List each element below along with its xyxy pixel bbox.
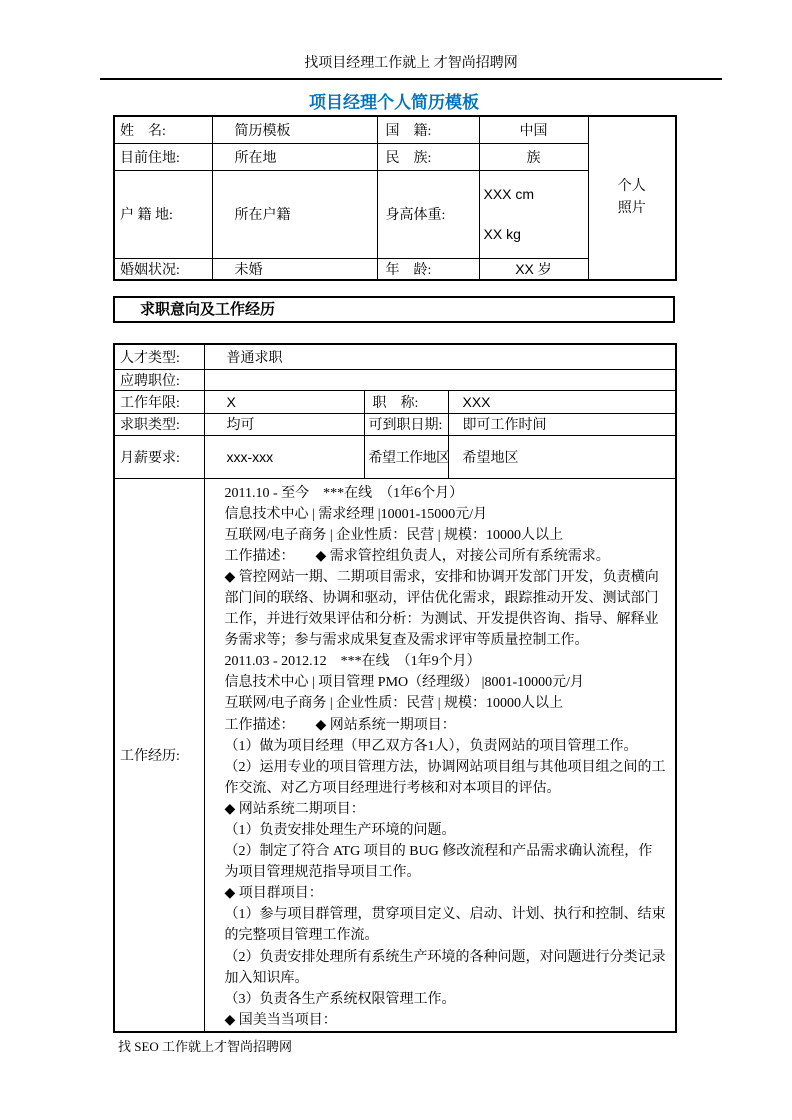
apply-position-value [204,369,676,390]
marital-status-label: 婚姻状况: [114,258,212,280]
header-slogan: 找项目经理工作就上 才智尚招聘网 [100,52,722,80]
nationality-value: 中国 [479,116,588,143]
table-row: 工作经历: 2011.10 - 至今 ***在线 （1年6个月）信息技术中心 |… [114,478,676,1032]
experience-content: 2011.10 - 至今 ***在线 （1年6个月）信息技术中心 | 需求经理 … [204,478,676,1032]
section-title: 求职意向及工作经历 [140,302,275,318]
salary-value: xxx-xxx [204,435,364,478]
experience-line: （1）做为项目经理（甲乙双方各1人），负责网站的项目管理工作。 [225,736,674,757]
experience-line: 作交流、对乙方项目经理进行考核和对本项目的评估。 [225,778,674,799]
experience-line: 2011.10 - 至今 ***在线 （1年6个月） [225,483,674,504]
table-row: 姓 名: 简历模板 国 籍: 中国 个人 照片 [114,116,676,143]
photo-placeholder: 个人 照片 [588,116,676,280]
personal-info-table: 姓 名: 简历模板 国 籍: 中国 个人 照片 目前住地: 所在地 民 族: 族… [113,115,677,281]
height-weight-value: XXX cm XX kg [479,170,588,258]
available-date-label: 可到职日期: [364,413,448,435]
experience-line: 工作描述： ◆ 网站系统一期项目： [225,715,674,736]
experience-line: ◆ 项目群项目： [225,883,674,904]
experience-line: 互联网/电子商务 | 企业性质：民营 | 规模：10000人以上 [225,693,674,714]
registration-label: 户 籍 地: [114,170,212,258]
registration-value: 所在户籍 [212,170,377,258]
experience-line: （3）负责各生产系统权限管理工作。 [225,989,674,1010]
desired-region-label: 希望工作地区: [364,435,448,478]
experience-line: 务需求等；参与需求成果复查及需求评审等质量控制工作。 [225,630,674,651]
experience-line: ◆ 管控网站一期、二期项目需求，安排和协调开发部门开发，负责横向 [225,567,674,588]
desired-region-value: 希望地区 [448,435,676,478]
job-title-value: XXX [448,390,676,413]
experience-line: （1）参与项目群管理，贯穿项目定义、启动、计划、执行和控制、结束 [225,904,674,925]
work-years-label: 工作年限: [114,390,204,413]
job-type-value: 均可 [204,413,364,435]
footer-slogan: 找 SEO 工作就上才智尚招聘网 [118,1036,292,1055]
height-weight-label: 身高体重: [377,170,479,258]
job-intent-table: 人才类型: 普通求职 应聘职位: 工作年限: X 职 称: XXX 求职类型: … [113,343,677,1033]
ethnicity-label: 民 族: [377,143,479,170]
table-row: 求职类型: 均可 可到职日期: 即可工作时间 [114,413,676,435]
experience-line: 加入知识库。 [225,968,674,989]
experience-label: 工作经历: [114,478,204,1032]
table-row: 工作年限: X 职 称: XXX [114,390,676,413]
experience-line: 信息技术中心 | 需求经理 |10001-15000元/月 [225,504,674,525]
job-type-label: 求职类型: [114,413,204,435]
page-title: 项目经理个人简历模板 [113,88,675,113]
work-years-value: X [204,390,364,413]
experience-line: 信息技术中心 | 项目管理 PMO（经理级） |8001-10000元/月 [225,672,674,693]
apply-position-label: 应聘职位: [114,369,204,390]
residence-label: 目前住地: [114,143,212,170]
marital-status-value: 未婚 [212,258,377,280]
nationality-label: 国 籍: [377,116,479,143]
job-title-label: 职 称: [364,390,448,413]
talent-type-value: 普通求职 [204,344,676,369]
experience-line: 工作描述： ◆ 需求管控组负责人，对接公司所有系统需求。 [225,546,674,567]
table-row: 应聘职位: [114,369,676,390]
experience-line: 工作，并进行效果评估和分析：为测试、开发提供咨询、指导、解释业 [225,609,674,630]
resume-document-page: 找项目经理工作就上 才智尚招聘网 项目经理个人简历模板 姓 名: 简历模板 国 … [0,0,792,1120]
available-date-value: 即可工作时间 [448,413,676,435]
experience-line: 2011.03 - 2012.12 ***在线 （1年9个月） [225,651,674,672]
experience-line: （2）负责安排处理所有系统生产环境的各种问题，对问题进行分类记录 [225,947,674,968]
name-value: 简历模板 [212,116,377,143]
experience-line: 为项目管理规范指导项目工作。 [225,862,674,883]
experience-line: 互联网/电子商务 | 企业性质：民营 | 规模：10000人以上 [225,525,674,546]
table-row: 人才类型: 普通求职 [114,344,676,369]
talent-type-label: 人才类型: [114,344,204,369]
ethnicity-value: 族 [479,143,588,170]
experience-line: （1）负责安排处理生产环境的问题。 [225,820,674,841]
salary-label: 月薪要求: [114,435,204,478]
experience-line: ◆ 网站系统二期项目： [225,799,674,820]
residence-value: 所在地 [212,143,377,170]
name-label: 姓 名: [114,116,212,143]
experience-line: 部门间的联络、协调和驱动，评估优化需求，跟踪推动开发、测试部门 [225,588,674,609]
experience-line: 的完整项目管理工作流。 [225,925,674,946]
experience-line: （2）运用专业的项目管理方法，协调网站项目组与其他项目组之间的工 [225,757,674,778]
table-row: 月薪要求: xxx-xxx 希望工作地区: 希望地区 [114,435,676,478]
experience-line: ◆ 国美当当项目： [225,1010,674,1031]
age-label: 年 龄: [377,258,479,280]
age-value: XX 岁 [479,258,588,280]
experience-line: （2）制定了符合 ATG 项目的 BUG 修改流程和产品需求确认流程，作 [225,841,674,862]
section-header: 求职意向及工作经历 [113,296,675,323]
